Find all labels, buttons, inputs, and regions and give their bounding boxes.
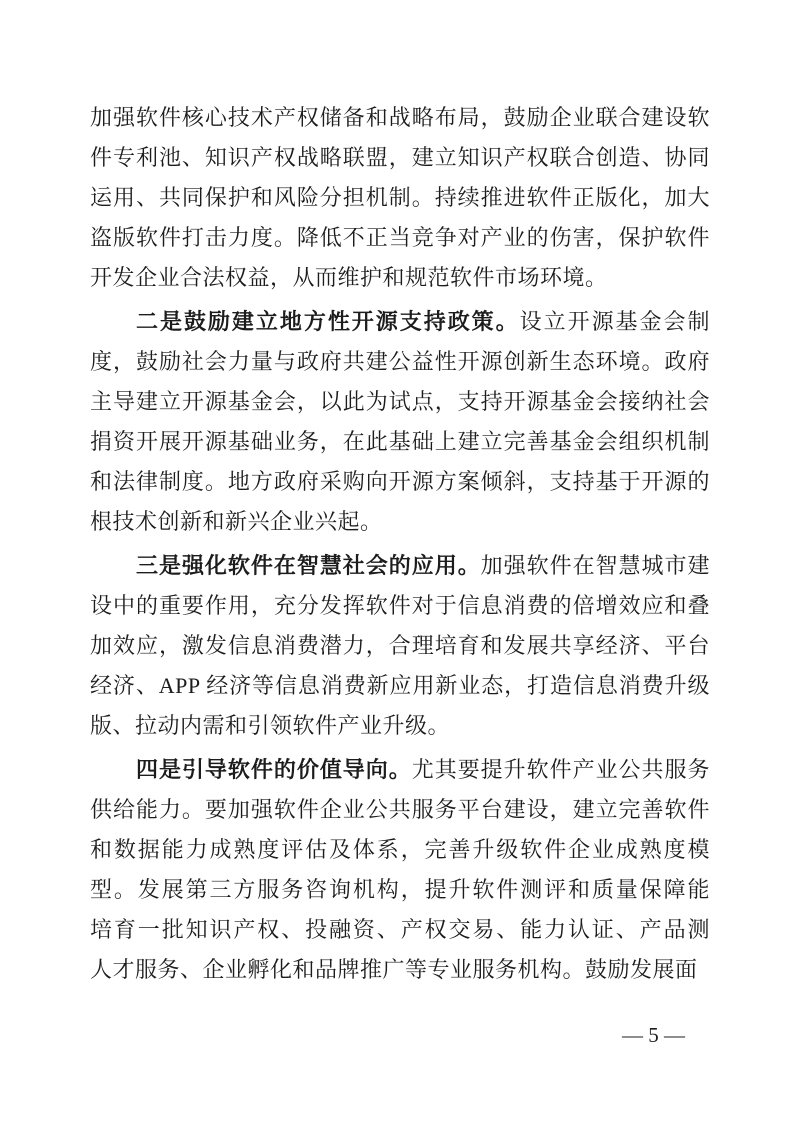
paragraph-lead: 二是鼓励建立地方性开源支持政策。 <box>136 309 520 334</box>
text-line: 四是引导软件的价值导向。尤其要提升软件产业公共服务 <box>90 750 710 790</box>
text-line: 度，鼓励社会力量与政府共建公益性开源创新生态环境。政府 <box>90 342 710 382</box>
text-line: 和法律制度。地方政府采购向开源方案倾斜，支持基于开源的 <box>90 462 710 502</box>
text-line: 运用、共同保护和风险分担机制。持续推进软件正版化，加大 <box>90 178 710 218</box>
text-line: 供给能力。要加强软件企业公共服务平台建设，建立完善软件 <box>90 790 710 830</box>
paragraph-2: 二是鼓励建立地方性开源支持政策。设立开源基金会制度，鼓励社会力量与政府共建公益性… <box>90 302 710 542</box>
text-line: 加效应，激发信息消费潜力，合理培育和发展共享经济、平台 <box>90 626 710 666</box>
text-line: 开发企业合法权益，从而维护和规范软件市场环境。 <box>90 258 710 298</box>
text-line: 加强软件核心技术产权储备和战略布局，鼓励企业联合建设软 <box>90 98 710 138</box>
text-line: 件专利池、知识产权战略联盟，建立知识产权联合创造、协同 <box>90 138 710 178</box>
text-line: 经济、APP 经济等信息消费新应用新业态，打造信息消费升级 <box>90 666 710 706</box>
text-line: 盗版软件打击力度。降低不正当竞争对产业的伤害，保护软件 <box>90 218 710 258</box>
text-line: 捐资开展开源基础业务，在此基础上建立完善基金会组织机制 <box>90 422 710 462</box>
paragraph-lead: 三是强化软件在智慧社会的应用。 <box>136 553 481 578</box>
text-line: 版、拉动内需和引领软件产业升级。 <box>90 706 710 746</box>
text-line: 主导建立开源基金会，以此为试点，支持开源基金会接纳社会 <box>90 382 710 422</box>
text-line: 根技术创新和新兴企业兴起。 <box>90 502 710 542</box>
document-page: 加强软件核心技术产权储备和战略布局，鼓励企业联合建设软件专利池、知识产权战略联盟… <box>0 0 793 1122</box>
text-line: 二是鼓励建立地方性开源支持政策。设立开源基金会制 <box>90 302 710 342</box>
paragraph-3: 三是强化软件在智慧社会的应用。加强软件在智慧城市建设中的重要作用，充分发挥软件对… <box>90 546 710 746</box>
paragraph-1: 加强软件核心技术产权储备和战略布局，鼓励企业联合建设软件专利池、知识产权战略联盟… <box>90 98 710 298</box>
page-number: — 5 — <box>622 1022 685 1048</box>
text-line: 型。发展第三方服务咨询机构，提升软件测评和质量保障能力。 <box>90 870 710 910</box>
text-line: 人才服务、企业孵化和品牌推广等专业服务机构。鼓励发展面 <box>90 950 710 990</box>
text-line: 三是强化软件在智慧社会的应用。加强软件在智慧城市建 <box>90 546 710 586</box>
paragraph-lead: 四是引导软件的价值导向。 <box>136 757 412 782</box>
paragraph-4: 四是引导软件的价值导向。尤其要提升软件产业公共服务供给能力。要加强软件企业公共服… <box>90 750 710 990</box>
text-line: 培育一批知识产权、投融资、产权交易、能力认证、产品测评、 <box>90 910 710 950</box>
text-line: 和数据能力成熟度评估及体系，完善升级软件企业成熟度模 <box>90 830 710 870</box>
text-line: 设中的重要作用，充分发挥软件对于信息消费的倍增效应和叠 <box>90 586 710 626</box>
document-body: 加强软件核心技术产权储备和战略布局，鼓励企业联合建设软件专利池、知识产权战略联盟… <box>90 98 710 990</box>
